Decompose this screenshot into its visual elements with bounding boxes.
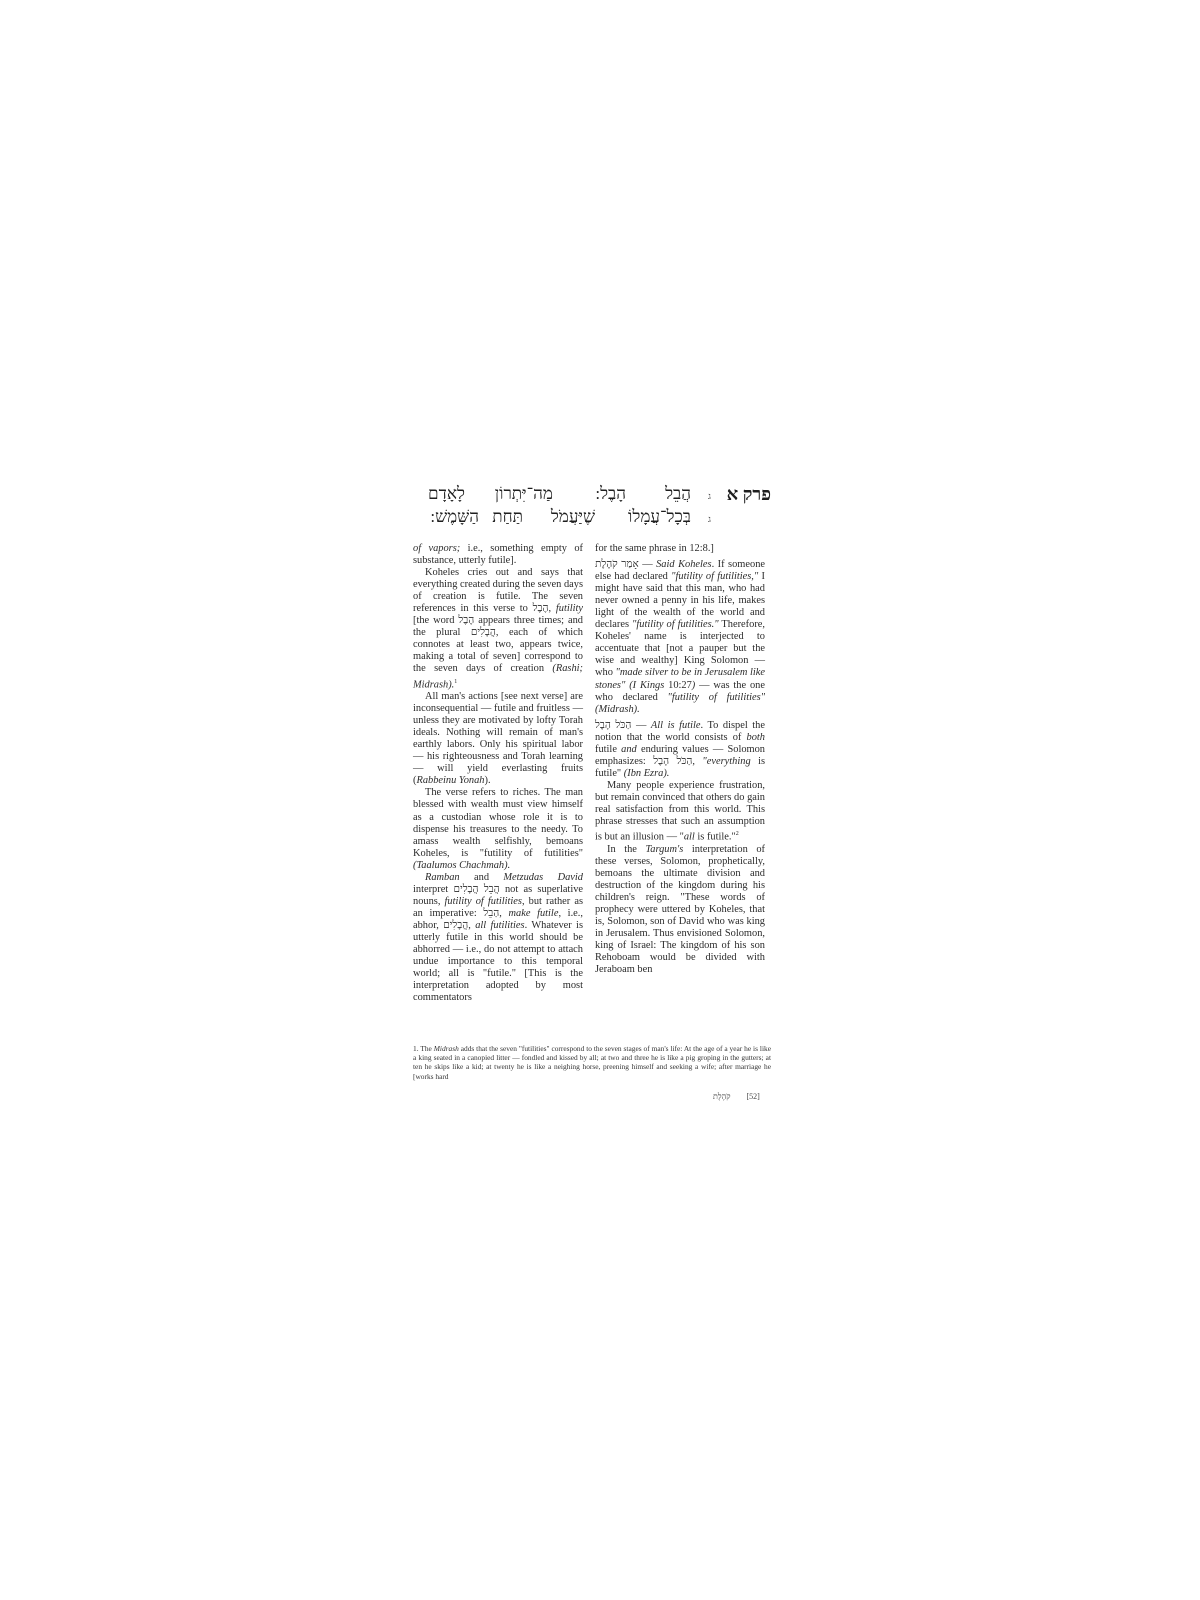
italic-text: Metzudas David	[503, 872, 583, 883]
hebrew-verse-header: פרק א ג הֲבֵל הָבֶל: מַה־יִּתְרוֹן לָאָד…	[413, 478, 771, 528]
italic-text: both	[747, 732, 765, 743]
hebrew-text: הַבֵל	[483, 908, 499, 919]
paragraph: for the same phrase in 12:8.]	[595, 543, 765, 555]
paragraph: Many people experience frustration, but …	[595, 780, 765, 844]
left-column: of vapors; i.e., something empty of subs…	[413, 543, 583, 1004]
paragraph: Ramban and Metzudas David interpret הֲבֵ…	[413, 872, 583, 1005]
footnote: 1. The Midrash adds that the seven "futi…	[413, 1044, 771, 1081]
text: interpretation of these verses, Solomon,…	[595, 844, 765, 975]
italic-text: of vapors;	[413, 543, 460, 554]
page-footer: קֹהֶלֶת[52]	[713, 1092, 760, 1101]
text: ,	[692, 756, 702, 767]
hebrew-word: בְּכָל־עֲמָלוֹ	[628, 505, 691, 529]
text: In the	[607, 844, 645, 855]
hebrew-text: הֲבֵל הֲבָלִים	[453, 884, 499, 895]
text: The verse refers to riches. The man bles…	[413, 787, 583, 858]
verse-marker: ג	[708, 507, 711, 531]
text: . Whatever is utterly futile in this wor…	[413, 920, 583, 1003]
hebrew-verse-line-2: ג בְּכָל־עֲמָלוֹ שֶׁיַּעֲמֹל תַּחַת הַשָ…	[413, 505, 771, 529]
italic-text: all futilities	[475, 920, 524, 931]
lemma-paragraph: אָמַר קֹהֶלֶת — Said Koheles. If someone…	[595, 559, 765, 716]
hebrew-text: הַכֹּל הָבֶל	[653, 756, 692, 767]
hebrew-text: הֲבָלִים	[471, 627, 496, 638]
italic-text: Targum's	[645, 844, 683, 855]
italic-text: Midrash	[434, 1044, 459, 1053]
italic-text: "futility of futilities."	[632, 619, 719, 630]
text: ,	[548, 603, 555, 614]
text: futile	[595, 744, 621, 755]
footnote-ref[interactable]: 2	[736, 831, 739, 837]
book-page: פרק א ג הֲבֵל הָבֶל: מַה־יִּתְרוֹן לָאָד…	[413, 478, 771, 1108]
paragraph: Koheles cries out and says that everythi…	[413, 567, 583, 691]
hebrew-word: הֲבֵל	[665, 482, 691, 506]
text: is futile."	[695, 832, 736, 843]
text: ).	[485, 775, 491, 786]
right-column: for the same phrase in 12:8.] אָמַר קֹהֶ…	[595, 543, 765, 976]
citation: (Ibn Ezra).	[624, 768, 670, 779]
text: interpret	[413, 884, 453, 895]
hebrew-word: הַשָּׁמֶשׁ:	[430, 505, 479, 529]
text: [the word	[413, 615, 458, 626]
lemma-paragraph: הַכֹּל הָבֶל — All is futile. To dispel …	[595, 720, 765, 780]
text: —	[639, 559, 656, 570]
paragraph: of vapors; i.e., something empty of subs…	[413, 543, 583, 567]
text: Many people experience frustration, but …	[595, 780, 765, 843]
italic-text: and	[621, 744, 637, 755]
italic-text: "futility of futilities,"	[671, 571, 758, 582]
italic-text: "everything	[702, 756, 750, 767]
hebrew-text: הֲבָלִים	[443, 920, 468, 931]
hebrew-lemma: אָמַר קֹהֶלֶת	[595, 559, 639, 570]
footnote-number: 1. The	[413, 1044, 434, 1053]
text: —	[631, 720, 651, 731]
text: ,	[499, 908, 508, 919]
italic-text: futility of futilities	[445, 896, 522, 907]
text: All man's actions [see next verse] are i…	[413, 691, 583, 786]
italic-text: futility	[556, 603, 583, 614]
hebrew-word: הָבֶל:	[595, 482, 626, 506]
paragraph: In the Targum's interpretation of these …	[595, 844, 765, 977]
hebrew-text: הֶבֶל	[458, 615, 474, 626]
paragraph: The verse refers to riches. The man bles…	[413, 787, 583, 871]
lemma-translation: Said Koheles	[656, 559, 711, 570]
lemma-translation: All is futile	[651, 720, 701, 731]
hebrew-verse-line-1: פרק א ג הֲבֵל הָבֶל: מַה־יִּתְרוֹן לָאָד…	[413, 482, 771, 506]
page-number: [52]	[747, 1092, 760, 1101]
citation: (Taalumos Chachmah).	[413, 860, 510, 871]
hebrew-text: הֶבֶל	[533, 603, 549, 614]
italic-text: make futile	[509, 908, 559, 919]
citation: Rabbeinu Yonah	[416, 775, 484, 786]
italic-text: Ramban	[425, 872, 460, 883]
text: and	[460, 872, 504, 883]
text: for the same phrase in 12:8.]	[595, 543, 714, 554]
text: 10:27	[664, 680, 692, 691]
italic-text: all	[684, 832, 695, 843]
footnote-text: adds that the seven "futilities" corresp…	[413, 1044, 771, 1081]
hebrew-word: שֶׁיַּעֲמֹל	[551, 505, 595, 529]
hebrew-word: תַּחַת	[492, 505, 523, 529]
footnote-ref[interactable]: 1	[454, 679, 457, 685]
running-title: קֹהֶלֶת	[713, 1092, 731, 1101]
hebrew-word: לָאָדָם	[428, 482, 465, 506]
hebrew-word: מַה־יִּתְרוֹן	[495, 482, 553, 506]
paragraph: All man's actions [see next verse] are i…	[413, 691, 583, 787]
hebrew-lemma: הַכֹּל הָבֶל	[595, 720, 631, 731]
chapter-label: פרק א	[727, 482, 771, 506]
